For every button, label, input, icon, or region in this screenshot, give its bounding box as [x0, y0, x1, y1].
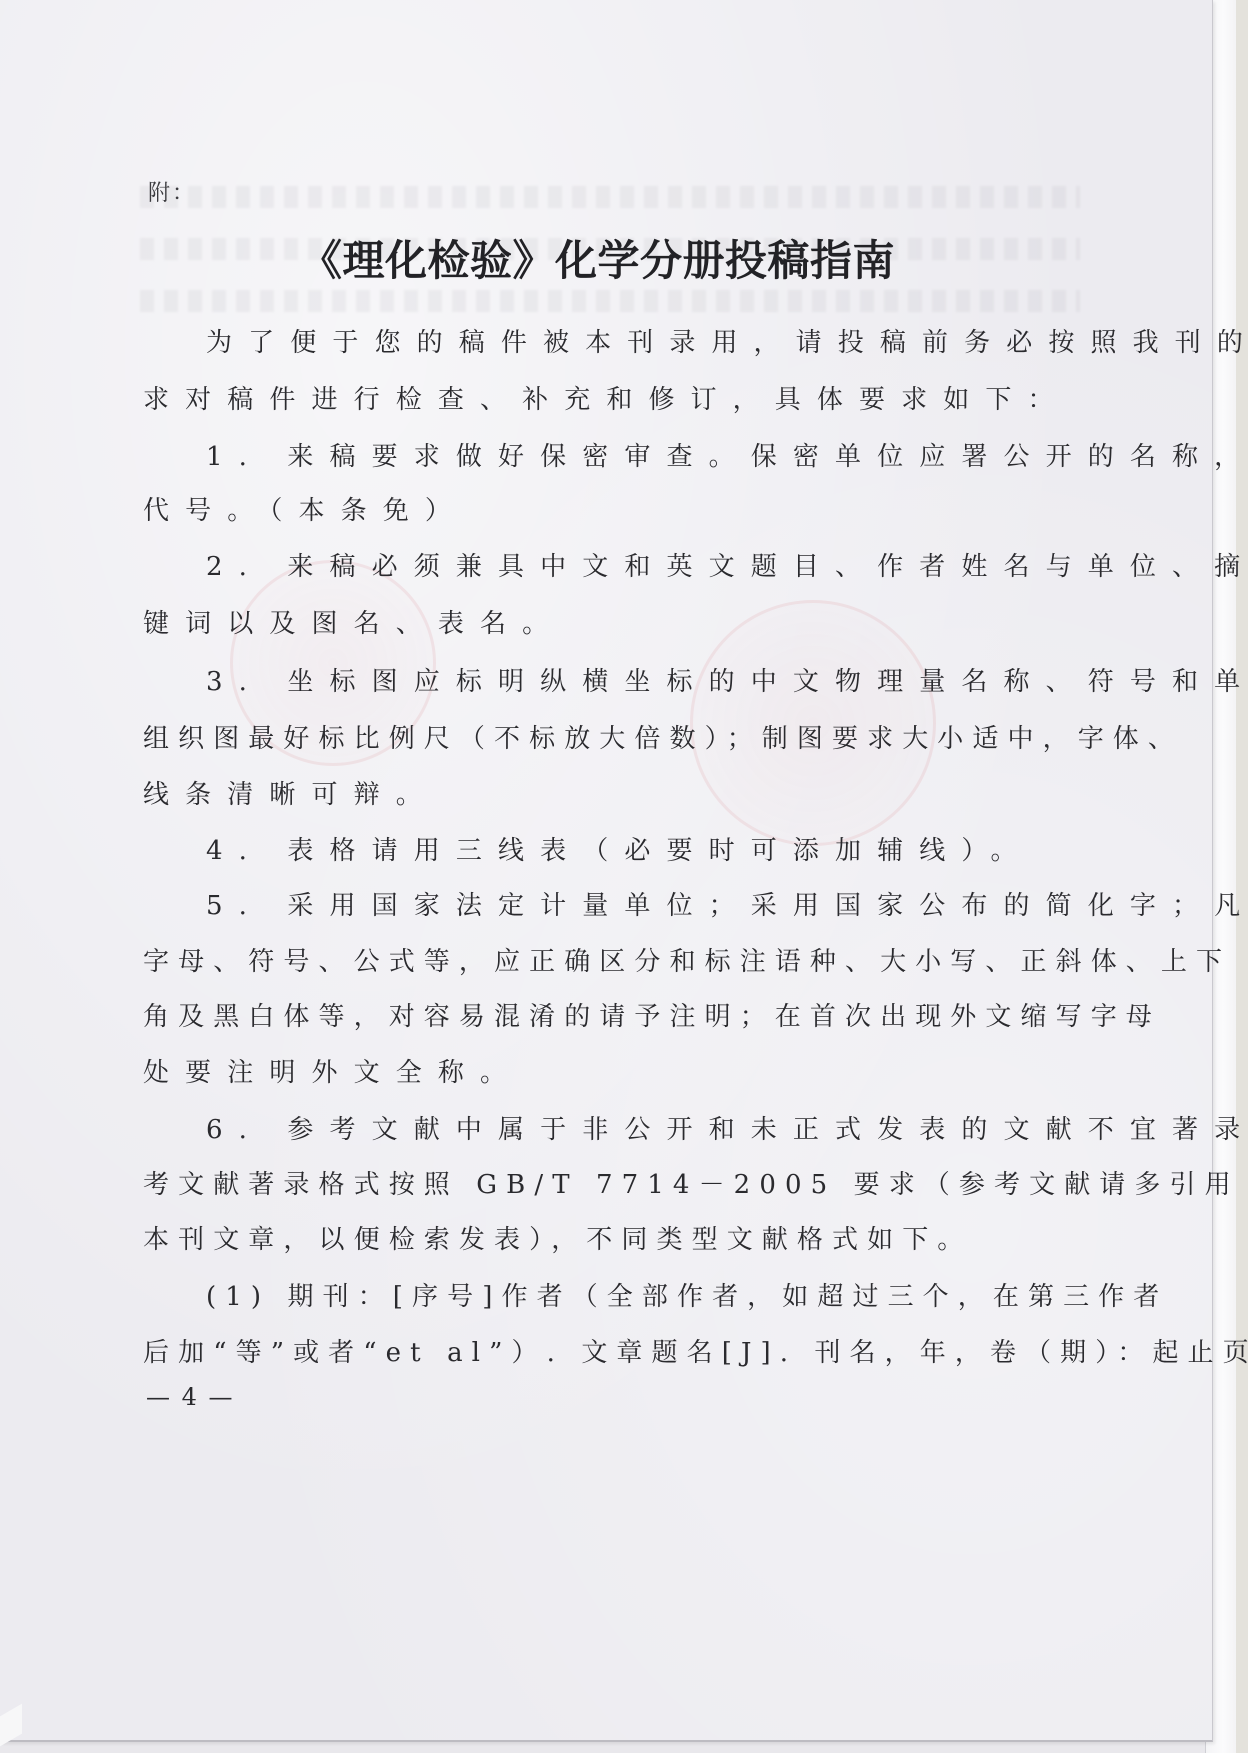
show-through-text	[140, 186, 1080, 208]
document-page: 附： 《理化检验》化学分册投稿指南 为了便于您的稿件被本刊录用，请投稿前务必按照…	[0, 0, 1213, 1742]
item-6-1-line-2: 后加“等”或者“et al”）. 文章题名[J]. 刊名，年，卷（期）：起止页	[143, 1336, 973, 1370]
item-2-line-2: 键词以及图名、表名。	[143, 607, 973, 641]
item-6-line-3: 本刊文章，以便检索发表），不同类型文献格式如下。	[143, 1223, 973, 1257]
intro-line-2: 求对稿件进行检查、补充和修订，具体要求如下：	[143, 383, 973, 417]
scanner-bed-edge	[1236, 0, 1248, 1753]
item-6-line-2: 考文献著录格式按照 GB/T 7714－2005 要求（参考文献请多引用	[143, 1168, 973, 1202]
item-6-1-line-1: (1) 期刊：[序号]作者（全部作者，如超过三个，在第三作者	[206, 1280, 1036, 1314]
item-1-line-1: 1. 来稿要求做好保密审查。保密单位应署公开的名称，不用	[206, 440, 1036, 474]
item-3-line-1: 3. 坐标图应标明纵横坐标的中文物理量名称、符号和单位；	[206, 665, 1036, 699]
item-5-line-4: 处要注明外文全称。	[143, 1056, 973, 1090]
folded-corner	[0, 1704, 22, 1747]
attachment-label: 附：	[148, 176, 196, 207]
item-5-line-1: 5. 采用国家法定计量单位；采用国家公布的简化字；凡数字、	[206, 889, 1036, 923]
item-4-line-1: 4. 表格请用三线表（必要时可添加辅线）。	[206, 834, 1036, 868]
document-title: 《理化检验》化学分册投稿指南	[300, 228, 895, 288]
show-through-text	[140, 290, 1080, 312]
item-6-line-1: 6. 参考文献中属于非公开和未正式发表的文献不宜著录；参	[206, 1113, 1036, 1147]
intro-line-1: 为了便于您的稿件被本刊录用，请投稿前务必按照我刊的要	[206, 326, 1036, 360]
item-5-line-2: 字母、符号、公式等，应正确区分和标注语种、大小写、正斜体、上下	[143, 945, 973, 979]
item-5-line-3: 角及黑白体等，对容易混淆的请予注明；在首次出现外文缩写字母	[143, 1000, 973, 1034]
item-3-line-2: 组织图最好标比例尺（不标放大倍数）；制图要求大小适中，字体、	[143, 722, 973, 756]
item-1-line-2: 代号。（本条免）	[143, 494, 973, 528]
item-3-line-3: 线条清晰可辩。	[143, 778, 973, 812]
page-number: — 4 —	[146, 1383, 235, 1411]
item-2-line-1: 2. 来稿必须兼具中文和英文题目、作者姓名与单位、摘要、关	[206, 550, 1036, 584]
